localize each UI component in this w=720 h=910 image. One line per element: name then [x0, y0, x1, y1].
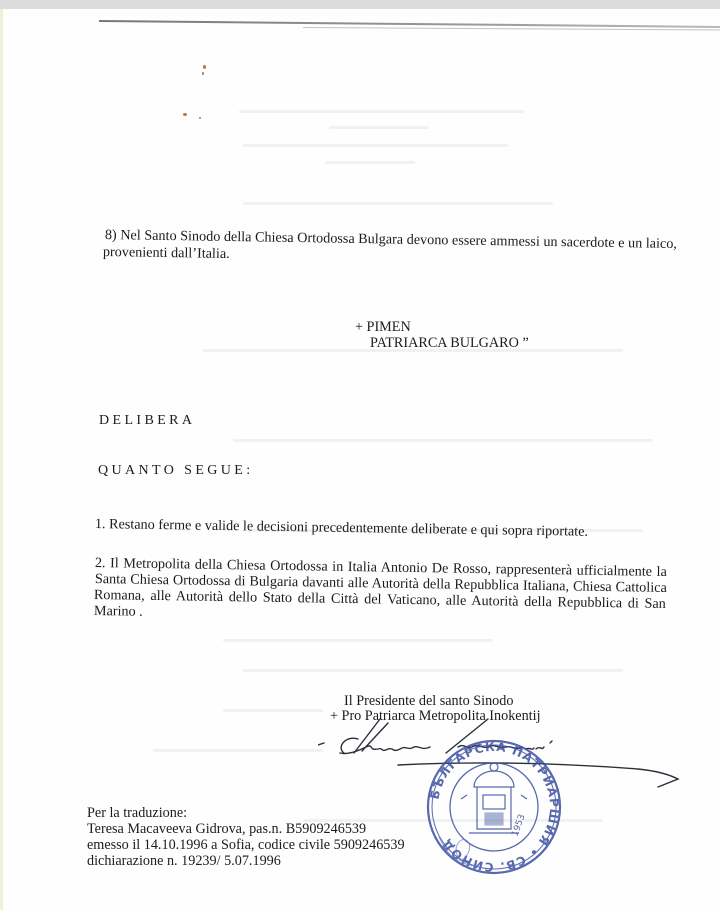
translator-declaration: dichiarazione n. 19239/ 5.07.1996: [87, 854, 281, 869]
paper-fold-shadow: [303, 27, 720, 31]
paper-speck: [202, 72, 204, 75]
svg-text:1953: 1953: [510, 813, 527, 838]
bleed-through-text: [223, 639, 493, 642]
clause-8-line-2: provenienti dall’Italia.: [103, 245, 230, 262]
paper-speck: [183, 113, 187, 116]
resolution-1: 1. Restano ferme e valide le decisioni p…: [95, 517, 588, 540]
patriarch-name: + PIMEN: [355, 320, 411, 335]
bleed-through-text: [243, 669, 623, 672]
paper-speck: [203, 65, 206, 69]
bleed-through-text: [243, 202, 553, 205]
bleed-through-text: [233, 439, 653, 442]
document-page: 8) Nel Santo Sinodo della Chiesa Ortodos…: [0, 9, 720, 910]
president-title: Il Presidente del santo Sinodo: [344, 694, 513, 709]
bleed-through-text: [329, 126, 429, 129]
quanto-segue-heading: QUANTO SEGUE:: [98, 463, 254, 478]
bleed-through-text: [239, 110, 524, 113]
bleed-through-text: [153, 749, 323, 752]
translator-issued: emesso il 14.10.1996 a Sofia, codice civ…: [87, 838, 405, 853]
translation-label: Per la traduzione:: [87, 806, 187, 821]
patriarchate-stamp: БЪЛГАРСКА ПАТРИАРШИЯ • СВ. СИНОД 1953: [419, 737, 569, 877]
paper-speck: [199, 117, 201, 119]
translator-passport: Teresa Macaveeva Gidrova, pas.n. B590924…: [87, 822, 366, 837]
patriarch-title: PATRIARCA BULGARO ”: [370, 336, 529, 351]
resolution-2-line-4: Marino .: [94, 604, 143, 620]
delibera-heading: DELIBERA: [99, 413, 195, 428]
bleed-through-text: [223, 709, 323, 712]
bleed-through-text: [243, 144, 508, 147]
bleed-through-text: [325, 161, 415, 164]
